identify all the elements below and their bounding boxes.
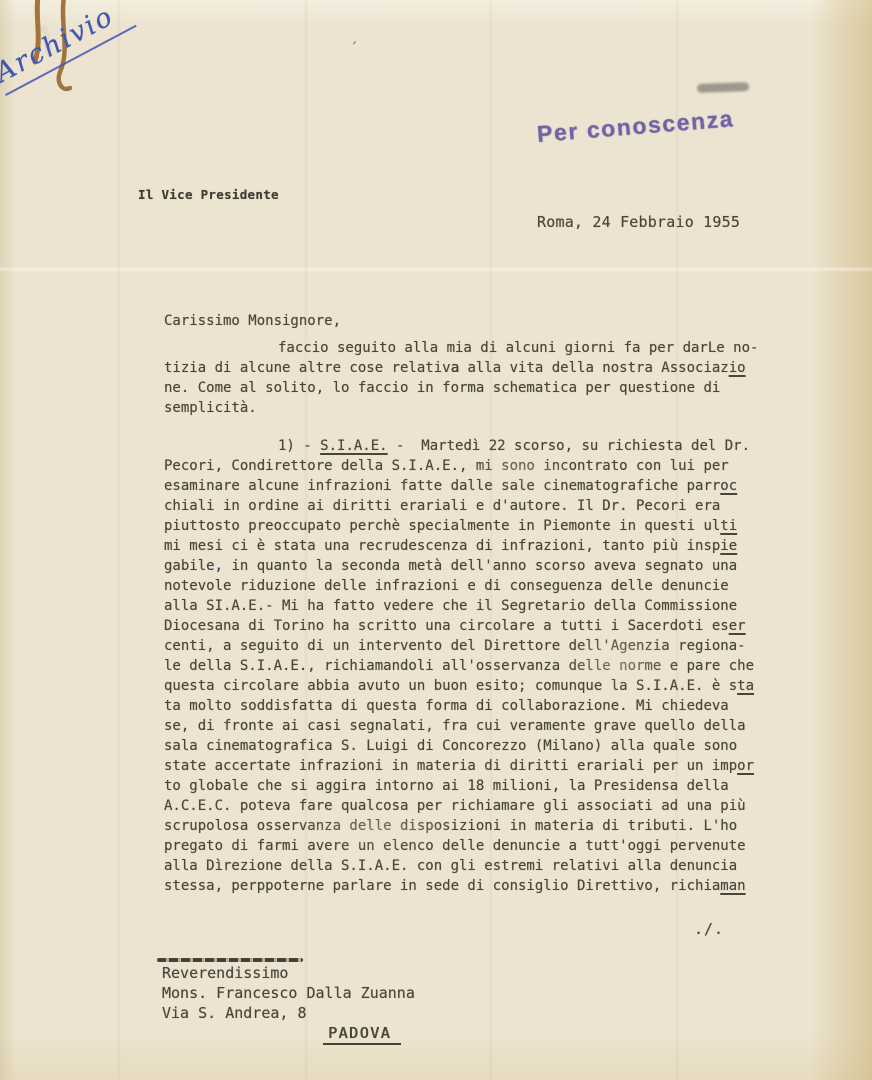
letter-line: chiali in ordine ai diritti erariali e d…: [164, 496, 754, 516]
letter-line: ne. Come al solito, lo faccio in forma s…: [164, 378, 758, 398]
recipient-street: Via S. Andrea, 8: [162, 1003, 415, 1023]
letter-line: to globale che si aggira intorno ai 18 m…: [164, 776, 754, 796]
recipient-honorific: Reverendissimo: [162, 963, 415, 983]
recipient-address: Reverendissimo Mons. Francesco Dalla Zua…: [162, 963, 415, 1023]
letter-line: gabile, in quanto la seconda metà dell'a…: [164, 556, 754, 576]
letter-line: pregato di farmi avere un elenco delle d…: [164, 836, 754, 856]
letter-line: mi mesi ci è stata una recrudescenza di …: [164, 536, 754, 556]
letter-line: tizia di alcune altre cose relativa alla…: [164, 358, 758, 378]
letter-line: le della S.I.A.E., richiamandoli all'oss…: [164, 656, 754, 676]
letter-line: se, di fronte ai casi segnalati, fra cui…: [164, 716, 754, 736]
letter-line: alla Dìrezione della S.I.A.E. con gli es…: [164, 856, 754, 876]
sender-title: Il Vice Presidente: [138, 187, 279, 202]
recipient-name: Mons. Francesco Dalla Zuanna: [162, 983, 415, 1003]
faded-stamp-smudge: [697, 82, 749, 93]
dateline: Roma, 24 Febbraio 1955: [537, 213, 740, 231]
letter-line: semplicità.: [164, 398, 758, 418]
letter-line: centi, a seguito di un intervento del Di…: [164, 636, 754, 656]
address-divider-line: [157, 958, 303, 962]
letter-line: piuttosto preoccupato perchè specialment…: [164, 516, 754, 536]
per-conoscenza-stamp: Per conoscenza: [536, 105, 735, 148]
letter-line: state accertate infrazioni in materia di…: [164, 756, 754, 776]
letter-line: Pecori, Condirettore della S.I.A.E., mi …: [164, 456, 754, 476]
letter-line: Diocesana di Torino ha scritto una circo…: [164, 616, 754, 636]
letter-line: sala cinematografica S. Luigi di Concore…: [164, 736, 754, 756]
letter-line: A.C.E.C. poteva fare qualcosa per richia…: [164, 796, 754, 816]
continuation-mark: ./.: [694, 920, 724, 938]
salutation: Carissimo Monsignore,: [164, 311, 341, 331]
letter-line: ta molto soddisfatta di questa forma di …: [164, 696, 754, 716]
letter-page: Archivio ’ Per conoscenza Il Vice Presid…: [0, 0, 872, 1080]
letter-line: notevole riduzione delle infrazioni e di…: [164, 576, 754, 596]
pen-tick-mark: ’: [349, 38, 357, 57]
paragraph-intro: faccio seguito alla mia di alcuni giorni…: [164, 338, 758, 418]
recipient-city: PADOVA: [323, 1024, 401, 1045]
letter-line: faccio seguito alla mia di alcuni giorni…: [164, 338, 758, 358]
letter-line: stessa, perppoterne parlare in sede di c…: [164, 876, 754, 896]
letter-line: scrupolosa osservanza delle disposizioni…: [164, 816, 754, 836]
paragraph-siae: 1) - S.I.A.E. - Martedì 22 scorso, su ri…: [164, 436, 754, 896]
letter-line: 1) - S.I.A.E. - Martedì 22 scorso, su ri…: [164, 436, 754, 456]
letter-line: alla SI.A.E.- Mi ha fatto vedere che il …: [164, 596, 754, 616]
letter-line: questa circolare abbia avuto un buon esi…: [164, 676, 754, 696]
letter-line: esaminare alcune infrazioni fatte dalle …: [164, 476, 754, 496]
